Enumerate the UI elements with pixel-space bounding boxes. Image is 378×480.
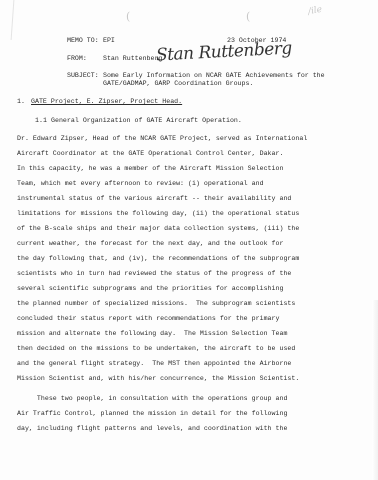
body-line: Aircraft Coordinator at the GATE Operati… <box>17 150 283 158</box>
subject-line-1: Some Early Information on NCAR GATE Achi… <box>103 72 325 80</box>
page-edge-shadow <box>11 0 15 40</box>
body-line: of the B-scale ships and their major dat… <box>17 225 299 233</box>
memo-to-value: EPI <box>103 37 115 45</box>
body-line: limitations for missions the following d… <box>17 210 299 218</box>
subject-line-2: GATE/GADMAP, GARP Coordination Groups. <box>103 80 253 88</box>
body-line: Mission Scientist and, with his/her conc… <box>17 375 299 383</box>
body-line: In this capacity, he was a member of the… <box>17 165 283 173</box>
body-line: Air Traffic Control, planned the mission… <box>17 410 287 418</box>
body-line: day, including flight patterns and level… <box>17 425 287 433</box>
body-line: Team, which met every afternoon to revie… <box>17 180 264 188</box>
page-edge-shadow-right <box>372 300 378 480</box>
body-line: several scientific subprograms and the p… <box>17 285 283 293</box>
body-line: the day following that, and (iv), the re… <box>17 255 299 263</box>
from-value: Stan Ruttenberg <box>103 55 162 63</box>
body-line: instrumental status of the various aircr… <box>17 195 291 203</box>
body-line: Dr. Edward Zipser, Head of the NCAR GATE… <box>17 135 307 143</box>
body-line: current weather, the forecast for the ne… <box>17 240 283 248</box>
margin-note-file: /ile <box>307 5 323 17</box>
from-label: FROM: <box>67 55 87 63</box>
section-number: 1. <box>17 98 25 106</box>
subject-label: SUBJECT: <box>67 72 99 80</box>
margin-mark-mid: ( <box>246 10 250 23</box>
subsection-number: 1.1 <box>35 117 47 125</box>
body-line: and the general flight strategy. The MST… <box>17 360 291 368</box>
subsection-title: General Organization of GATE Aircraft Op… <box>51 117 242 125</box>
body-line: the planned number of specialized missio… <box>17 300 295 308</box>
body-line: These two people, in consultation with t… <box>17 395 287 403</box>
margin-mark-left: ( <box>126 10 130 23</box>
memo-to-label: MEMO TO: <box>67 37 99 45</box>
body-line: concluded their status report with recom… <box>17 315 279 323</box>
body-line: then decided on the missions to be under… <box>17 345 295 353</box>
body-line: scientists who in turn had reviewed the … <box>17 270 291 278</box>
body-line: mission and alternate the following day.… <box>17 330 287 338</box>
handwritten-signature: Stan Ruttenberg <box>156 38 293 65</box>
memo-page: ( ( /ile MEMO TO: EPI 23 October 1974 FR… <box>0 0 378 480</box>
section-title: GATE Project, E. Zipser, Project Head. <box>31 98 182 106</box>
